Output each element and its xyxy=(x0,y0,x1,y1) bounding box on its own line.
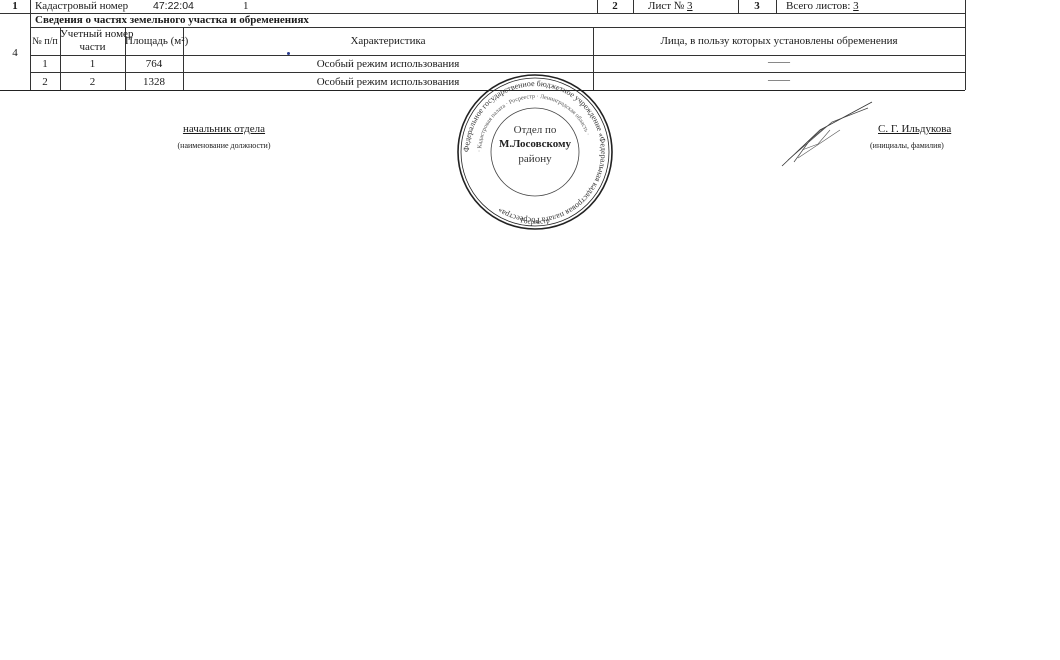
row-number-4: 4 xyxy=(0,47,30,60)
total-sheets-label-text: Всего листов: xyxy=(786,0,850,12)
cadastral-number-value: 47:22:04 xyxy=(153,0,194,13)
stamp-center-line1: Отдел по xyxy=(455,124,615,137)
column-header-part-line2: части xyxy=(80,41,106,53)
stamp-outer-text: Федеральное государственное бюджетное уч… xyxy=(462,79,608,225)
position-title: начальник отдела xyxy=(150,123,298,136)
sheet-label: Лист № 3 xyxy=(648,0,693,13)
signer-name: С. Г. Ильдукова xyxy=(878,123,951,136)
cadastral-number-suffix: 1 xyxy=(243,0,249,13)
handwritten-signature xyxy=(780,100,880,170)
sheet-number-cell: 2 xyxy=(597,0,633,13)
signer-name-caption: (инициалы, фамилия) xyxy=(870,139,944,152)
cell-number: 1 xyxy=(30,58,60,71)
sheet-value: 3 xyxy=(687,0,693,12)
stamp-center-line3: району xyxy=(455,153,615,166)
column-header-persons: Лица, в пользу которых установлены обрем… xyxy=(593,35,965,48)
cell-persons: —— xyxy=(593,56,965,69)
stamp-center-line2: М.Лосовскому xyxy=(455,138,615,151)
total-sheets-label: Всего листов: 3 xyxy=(786,0,859,13)
row-number-1: 1 xyxy=(0,0,30,13)
column-header-number: № п/п xyxy=(30,35,60,48)
position-caption: (наименование должности) xyxy=(150,139,298,152)
column-header-part-number: Учетный номерчасти xyxy=(60,28,125,54)
column-header-area: Площадь (м²) xyxy=(125,35,183,48)
total-sheets-value: 3 xyxy=(853,0,859,12)
cell-part-number: 2 xyxy=(60,76,125,89)
cell-number: 2 xyxy=(30,76,60,89)
cadastral-number-label: Кадастровый номер xyxy=(35,0,128,13)
cell-characteristic: Особый режим использования xyxy=(183,58,593,71)
total-sheets-cell: 3 xyxy=(738,0,776,13)
cell-persons: —— xyxy=(593,74,965,87)
sheet-label-text: Лист № xyxy=(648,0,684,12)
section-title: Сведения о частях земельного участка и о… xyxy=(35,14,309,27)
column-header-part-line1: Учетный номер xyxy=(60,28,133,40)
cell-part-number: 1 xyxy=(60,58,125,71)
column-header-characteristic: Характеристика xyxy=(183,35,593,48)
ink-dot xyxy=(287,52,290,55)
svg-text:Федеральное государственное бю: Федеральное государственное бюджетное уч… xyxy=(462,79,608,225)
cell-area: 1328 xyxy=(125,76,183,89)
official-stamp: Федеральное государственное бюджетное уч… xyxy=(455,72,615,232)
cell-area: 764 xyxy=(125,58,183,71)
